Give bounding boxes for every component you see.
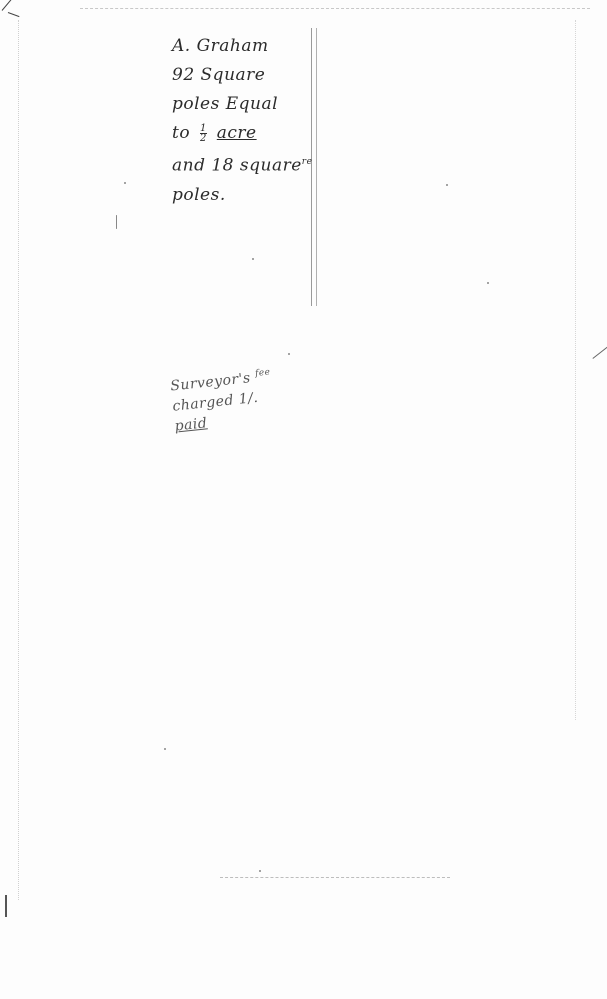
right-margin-line: [575, 20, 576, 720]
note-superscript: re: [302, 157, 313, 167]
surveyor-fee-note: Surveyor's fee charged 1/. paid: [169, 359, 305, 436]
scan-speck: [259, 870, 261, 872]
scanned-page: A. Graham 92 Square poles Equal to 1 2 a…: [0, 0, 607, 999]
margin-pen-stroke: [592, 342, 607, 359]
fee-aside: fee: [255, 367, 271, 379]
note-line-additional: and 18 squarere: [172, 148, 312, 181]
note-word-acre: acre: [217, 123, 257, 143]
note-line-owner: A. Graham: [172, 32, 312, 61]
note-line-poles: poles.: [172, 181, 312, 210]
fee-amount: 1/.: [238, 389, 259, 407]
acreage-note: A. Graham 92 Square poles Equal to 1 2 a…: [172, 32, 312, 210]
top-dashed-rule: [80, 8, 590, 9]
scan-speck: [164, 748, 166, 750]
corner-pen-mark: [2, 0, 18, 11]
note-line-equal: poles Equal: [172, 90, 312, 119]
scan-speck: [116, 215, 117, 229]
binding-edge-mark: [5, 895, 7, 917]
scan-speck: [487, 282, 489, 284]
bottom-dashed-rule: [220, 877, 450, 878]
note-line-area: 92 Square: [172, 61, 312, 90]
left-margin-line: [18, 20, 19, 900]
note-word-to: to: [172, 123, 190, 143]
note-line-fraction: to 1 2 acre: [172, 119, 312, 148]
scan-speck: [124, 182, 126, 184]
scan-speck: [288, 353, 290, 355]
fraction-denominator: 2: [200, 134, 207, 143]
scan-speck: [446, 184, 448, 186]
note-additional-text: and 18 square: [172, 156, 302, 176]
corner-pen-mark: [8, 12, 20, 17]
half-fraction: 1 2: [200, 124, 207, 143]
scan-speck: [252, 258, 254, 260]
